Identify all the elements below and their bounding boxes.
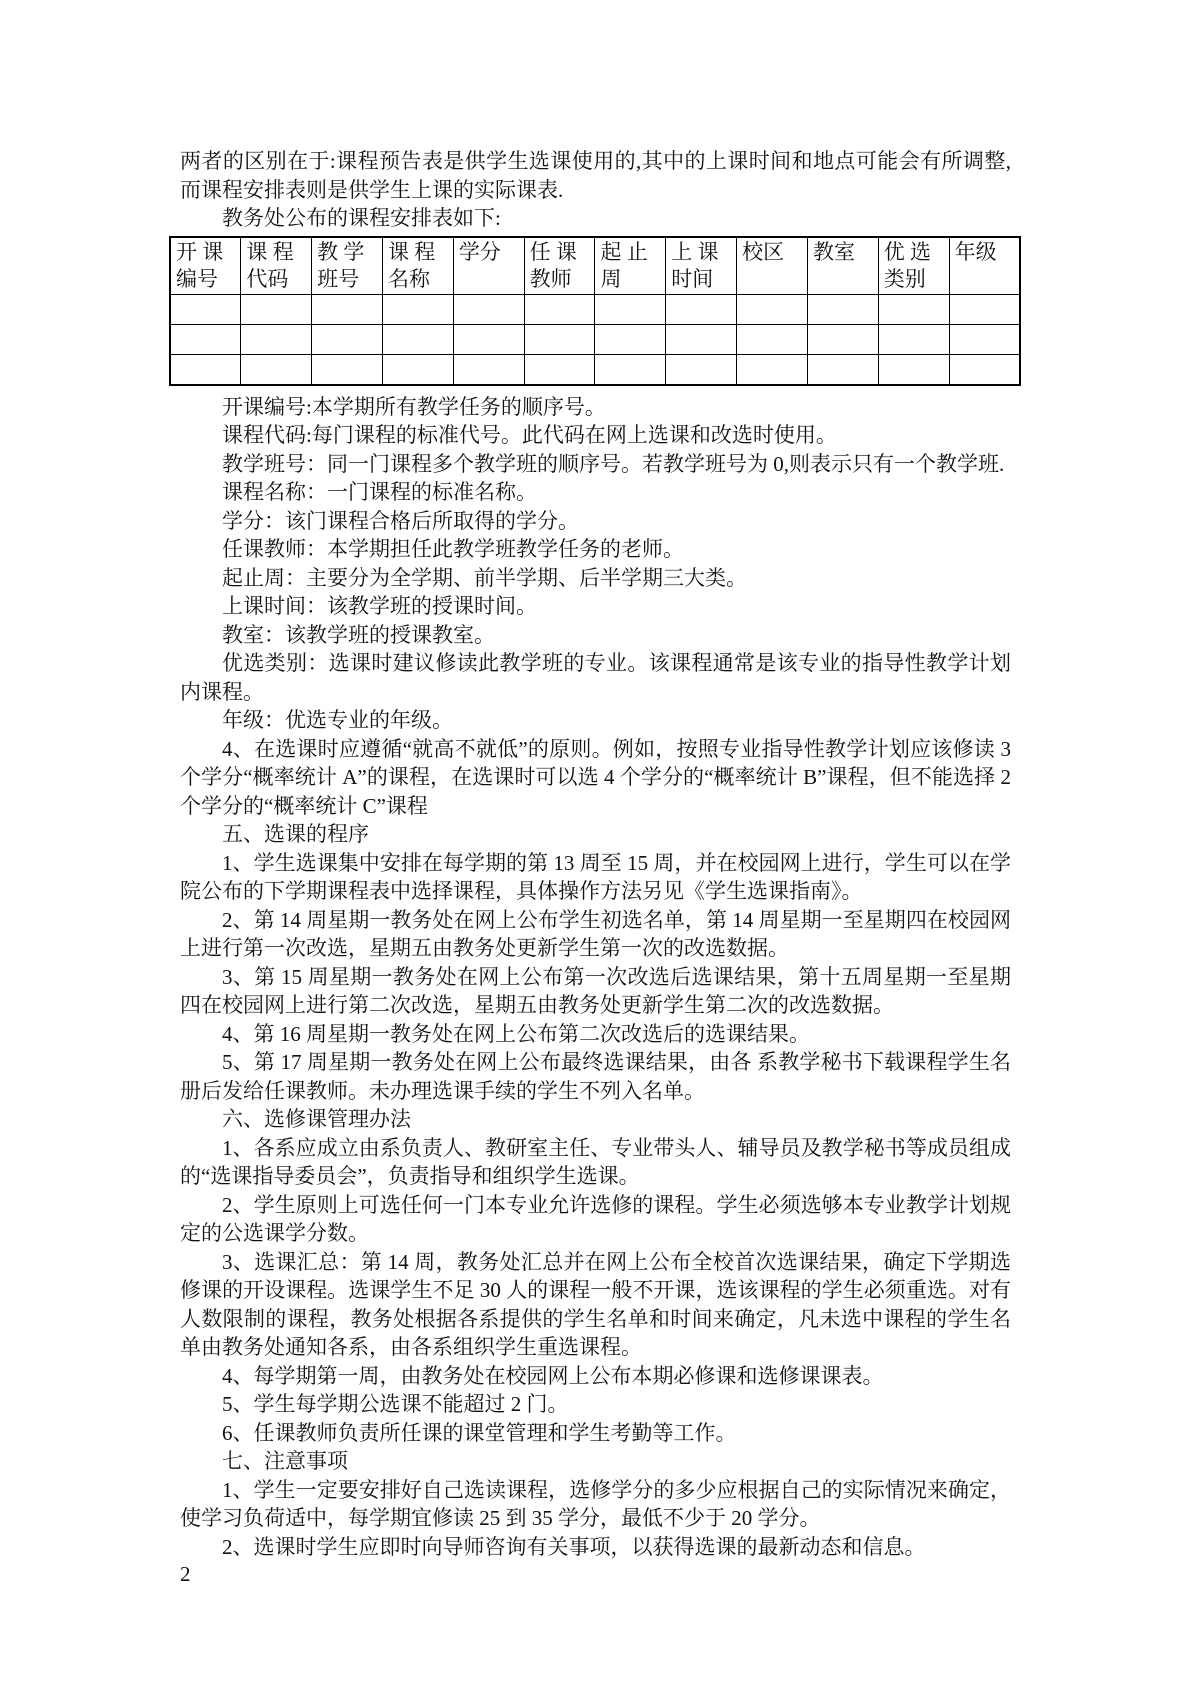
table-cell xyxy=(737,294,808,324)
table-cell xyxy=(382,324,453,354)
section-heading-7: 七、注意事项 xyxy=(180,1447,1011,1476)
definition-jiaoshi: 教室：该教学班的授课教室。 xyxy=(180,621,1011,650)
table-row xyxy=(170,294,1020,324)
section6-item-4: 4、每学期第一周，由教务处在校园网上公布本期必修课和选修课课表。 xyxy=(180,1362,1011,1391)
section6-item-5: 5、学生每学期公选课不能超过 2 门。 xyxy=(180,1390,1011,1419)
table-cell xyxy=(524,294,595,324)
section5-item-5: 5、第 17 周星期一教务处在网上公布最终选课结果，由各 系教学秘书下载课程学生… xyxy=(180,1048,1011,1105)
section6-item-1: 1、各系应成立由系负责人、教研室主任、专业带头人、辅导员及教学秘书等成员组成的“… xyxy=(180,1134,1011,1191)
table-cell xyxy=(666,324,737,354)
table-cell xyxy=(524,354,595,385)
table-cell xyxy=(312,324,383,354)
table-header-cell: 优 选 类别 xyxy=(878,237,949,295)
table-header-row: 开 课 编号课 程 代码教 学 班号课 程 名称学分任 课 教师起 止 周上 课… xyxy=(170,237,1020,295)
section5-item-2: 2、第 14 周星期一教务处在网上公布学生初选名单，第 14 周星期一至星期四在… xyxy=(180,906,1011,963)
definition-shangke-shijian: 上课时间：该教学班的授课时间。 xyxy=(180,592,1011,621)
table-cell xyxy=(949,294,1020,324)
table-cell xyxy=(170,354,241,385)
table-header-cell: 课 程 名称 xyxy=(382,237,453,295)
definition-youxuan-leibie: 优选类别：选课时建议修读此教学班的专业。该课程通常是该专业的指导性教学计划内课程… xyxy=(180,649,1011,706)
section5-item-4: 4、第 16 周星期一教务处在网上公布第二次改选后的选课结果。 xyxy=(180,1020,1011,1049)
table-cell xyxy=(595,324,666,354)
definition-kaike-bianhao: 开课编号:本学期所有教学任务的顺序号。 xyxy=(180,393,1011,422)
table-cell xyxy=(949,354,1020,385)
section-heading-5: 五、选课的程序 xyxy=(180,820,1011,849)
paragraph-intro: 两者的区别在于:课程预告表是供学生选课使用的,其中的上课时间和地点可能会有所调整… xyxy=(180,147,1011,204)
table-cell xyxy=(382,354,453,385)
paragraph-table-lead: 教务处公布的课程安排表如下: xyxy=(180,204,1011,233)
table-cell xyxy=(737,354,808,385)
document-page: 两者的区别在于:课程预告表是供学生选课使用的,其中的上课时间和地点可能会有所调整… xyxy=(0,0,1191,1684)
table-cell xyxy=(312,354,383,385)
table-header-cell: 开 课 编号 xyxy=(170,237,241,295)
table-cell xyxy=(453,294,524,324)
definition-kecheng-mingcheng: 课程名称：一门课程的标准名称。 xyxy=(180,478,1011,507)
definition-nianji: 年级：优选专业的年级。 xyxy=(180,706,1011,735)
table-header-cell: 上 课 时间 xyxy=(666,237,737,295)
section6-item-2: 2、学生原则上可选任何一门本专业允许选修的课程。学生必须选够本专业教学计划规定的… xyxy=(180,1191,1011,1248)
table-cell xyxy=(312,294,383,324)
table-cell xyxy=(524,324,595,354)
document-content: 两者的区别在于:课程预告表是供学生选课使用的,其中的上课时间和地点可能会有所调整… xyxy=(180,147,1011,1561)
table-cell xyxy=(807,354,878,385)
table-cell xyxy=(453,354,524,385)
table-header-cell: 教室 xyxy=(807,237,878,295)
table-cell xyxy=(878,324,949,354)
table-cell xyxy=(949,324,1020,354)
table-cell xyxy=(807,294,878,324)
section5-item-1: 1、学生选课集中安排在每学期的第 13 周至 15 周，并在校园网上进行，学生可… xyxy=(180,849,1011,906)
definition-jiaoxue-banhao: 教学班号：同一门课程多个教学班的顺序号。若教学班号为 0,则表示只有一个教学班. xyxy=(180,450,1011,479)
table-cell xyxy=(453,324,524,354)
table-cell xyxy=(170,294,241,324)
table-cell xyxy=(737,324,808,354)
table-cell xyxy=(241,294,312,324)
table-header-cell: 教 学 班号 xyxy=(312,237,383,295)
definition-xuefen: 学分：该门课程合格后所取得的学分。 xyxy=(180,507,1011,536)
item-4-principle: 4、在选课时应遵循“就高不就低”的原则。例如，按照专业指导性教学计划应该修读 3… xyxy=(180,735,1011,821)
table-header-cell: 年级 xyxy=(949,237,1020,295)
table-cell xyxy=(878,294,949,324)
table-cell xyxy=(382,294,453,324)
table-header-cell: 任 课 教师 xyxy=(524,237,595,295)
section6-item-3: 3、选课汇总：第 14 周，教务处汇总并在网上公布全校首次选课结果，确定下学期选… xyxy=(180,1248,1011,1362)
table-header-cell: 课 程 代码 xyxy=(241,237,312,295)
definition-kecheng-daima: 课程代码:每门课程的标准代号。此代码在网上选课和改选时使用。 xyxy=(180,421,1011,450)
table-header-cell: 学分 xyxy=(453,237,524,295)
definition-renke-jiaoshi: 任课教师：本学期担任此教学班教学任务的老师。 xyxy=(180,535,1011,564)
table-cell xyxy=(595,354,666,385)
table-row xyxy=(170,354,1020,385)
table-cell xyxy=(666,354,737,385)
table-cell xyxy=(241,324,312,354)
table-row xyxy=(170,324,1020,354)
section-heading-6: 六、选修课管理办法 xyxy=(180,1105,1011,1134)
section6-item-6: 6、任课教师负责所任课的课堂管理和学生考勤等工作。 xyxy=(180,1419,1011,1448)
table-cell xyxy=(241,354,312,385)
definition-qizhizhou: 起止周：主要分为全学期、前半学期、后半学期三大类。 xyxy=(180,564,1011,593)
table-cell xyxy=(878,354,949,385)
table-cell xyxy=(666,294,737,324)
table-cell xyxy=(807,324,878,354)
section5-item-3: 3、第 15 周星期一教务处在网上公布第一次改选后选课结果，第十五周星期一至星期… xyxy=(180,963,1011,1020)
table-cell xyxy=(595,294,666,324)
table-header-cell: 起 止 周 xyxy=(595,237,666,295)
course-schedule-table: 开 课 编号课 程 代码教 学 班号课 程 名称学分任 课 教师起 止 周上 课… xyxy=(169,236,1021,386)
table-cell xyxy=(170,324,241,354)
table-header-cell: 校区 xyxy=(737,237,808,295)
page-number: 2 xyxy=(180,1560,191,1588)
section7-item-1: 1、学生一定要安排好自己选读课程，选修学分的多少应根据自己的实际情况来确定，使学… xyxy=(180,1476,1011,1533)
section7-item-2: 2、选课时学生应即时向导师咨询有关事项，以获得选课的最新动态和信息。 xyxy=(180,1533,1011,1562)
